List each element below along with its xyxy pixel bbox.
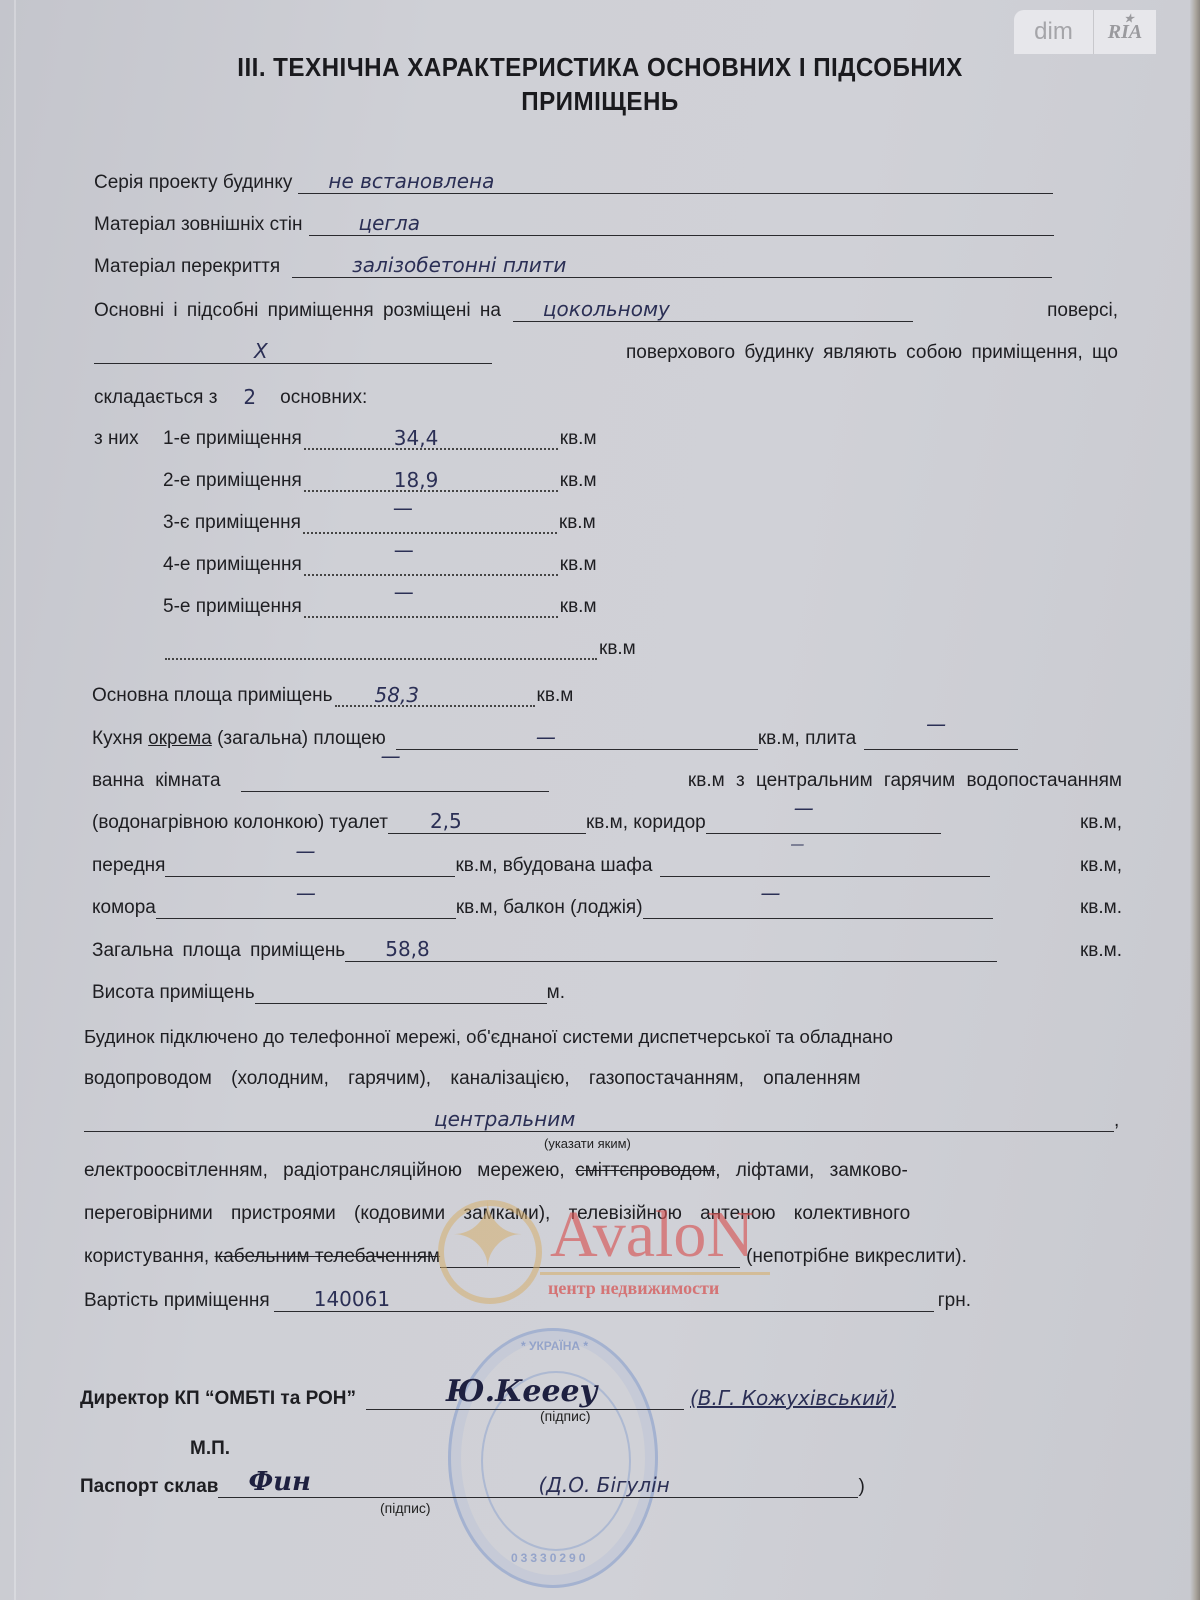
text: водопроводом (холодним, гарячим), каналі… [84,1068,861,1090]
handwritten-value: 34,4 [394,426,439,450]
value-line: центральним [84,1110,1114,1132]
dotted-line: — [304,558,558,576]
handwritten-value: залізобетонні плити [352,253,566,277]
field-storage-balcony: комора — кв.м, балкон (лоджія) — кв.м. [92,897,1122,919]
value-line: не встановлена [298,172,1053,194]
main-area-total: Основна площа приміщень 58,3 кв.м [92,685,573,707]
field-storeys: X поверхового будинку являють собою прим… [94,342,1118,364]
unit: кв.м [560,596,597,618]
value-line: цегла [309,214,1054,236]
text: Будинок підключено до телефонної мережі,… [84,1026,893,1048]
director-signature: Ю.Кеееу [446,1374,598,1409]
unit: кв.м [559,512,596,534]
unit: кв.м [560,428,597,450]
value-line: — [241,770,549,792]
label: (загальна) площею [217,728,386,750]
seal-label: М.П. [190,1438,230,1460]
unit: кв.м [560,554,597,576]
struck-text: сміттєпроводом [575,1160,715,1182]
signature-hint: (підпис) [540,1408,591,1424]
handwritten-value: — [394,538,414,562]
handwritten-value: — [393,496,413,520]
field-toilet-corridor: (водонагрівною колонкою) туалет 2,5 кв.м… [92,812,1122,834]
room-row: 1-е приміщення34,4кв.м [163,428,597,450]
label: складається з [94,387,217,409]
value-line: цокольному [513,300,913,322]
room-label: 1-е приміщення [163,428,302,450]
suffix: основних: [280,387,367,409]
value-line [255,982,547,1004]
signature-hint: (підпис) [380,1500,431,1516]
handwritten-value: 58,8 [385,937,430,961]
label: Загальна площа приміщень [92,940,345,962]
handwritten-value: 18,9 [394,468,439,492]
handwritten-value: 140061 [314,1287,390,1311]
handwritten-value: — [790,837,804,876]
value-line: — [156,897,456,919]
value-line: — [706,812,941,834]
value-line: — [165,855,455,877]
label: Матеріал перекриття [94,256,280,278]
text: користування, [84,1246,209,1268]
label: Матеріал зовнішніх стін [94,214,303,236]
label: кв.м, коридор [586,812,706,834]
field-hall-wardrobe: передня — кв.м, вбудована шафа — кв.м, [92,855,1122,877]
label: Вартість приміщення [84,1290,270,1312]
signature-line: Ю.Кеееу [366,1388,684,1410]
heating-hint: (указати яким) [544,1136,631,1151]
official-stamp: * УКРАЇНА * 03330290 [448,1328,658,1588]
dotted-line: — [304,600,558,618]
star-icon: ★ [1124,12,1134,25]
label: ванна кімната [92,770,221,792]
field-location: Основні і підсобні приміщення розміщені … [94,300,1118,322]
field-project-series: Серія проекту будинку не встановлена [94,172,1053,194]
text: , ліфтами, замково- [715,1160,908,1182]
label: передня [92,855,165,877]
unit: кв.м [560,470,597,492]
handwritten-value: цокольному [543,297,670,321]
handwritten-value: 58,3 [375,683,420,707]
label: Основні і підсобні приміщення розміщені … [94,300,501,322]
label: плита [805,728,856,750]
unit: м. [547,982,565,1004]
value-line: — [660,855,990,877]
label-underlined: окрема [148,728,212,750]
text: (непотрібне викреслити). [746,1246,967,1268]
room-row: 3-є приміщення—кв.м [163,512,596,534]
comma: , [1114,1110,1119,1132]
avalon-name: AvaloN [550,1202,754,1268]
handwritten-value: цегла [359,211,420,235]
handwritten-value: 2,5 [430,809,462,833]
stamp-code: 03330290 [511,1551,588,1565]
room-label: 3-є приміщення [163,512,301,534]
label: Кухня [92,728,143,750]
unit: кв.м. [1080,940,1122,962]
compiler-signature-row: Паспорт склав Фин (Д.О. Бігулін ) [80,1476,865,1498]
value-line: — [396,728,758,750]
field-kitchen: Кухня окрема (загальна) площею — кв.м, п… [92,728,1122,750]
handwritten-value: — [394,580,414,604]
struck-text: кабельним телебаченням [214,1246,440,1268]
handwritten-value: — [295,839,315,876]
unit: кв.м, [1080,812,1122,834]
paper-edge [1190,0,1200,1600]
room-label: 2-е приміщення [163,470,302,492]
room-row: 4-е приміщення—кв.м [163,554,597,576]
label: Серія проекту будинку [94,172,292,194]
compiler-label: Паспорт склав [80,1476,218,1498]
label: кв.м з центральним гарячим водопостачанн… [688,770,1122,792]
label: (водонагрівною колонкою) туалет [92,812,388,834]
label: Основна площа приміщень [92,685,333,707]
field-floor-material: Матеріал перекриття залізобетонні плити [94,256,1052,278]
handwritten-value: 2 [243,385,256,409]
compiler-signature: Фин [248,1467,311,1497]
value-line: залізобетонні плити [292,256,1052,278]
value-line: X [94,342,492,364]
director-label: Директор КП “ОМБТІ та РОН” [80,1388,356,1410]
text: електроосвітленням, радіотрансляційною м… [84,1160,565,1182]
director-signature-row: Директор КП “ОМБТІ та РОН” Ю.Кеееу (В.Г.… [80,1386,896,1410]
label: комора [92,897,156,919]
field-heating: центральним , [84,1110,1124,1132]
suffix: поверхового будинку являють собою приміщ… [626,342,1118,364]
seal-text: М.П. [190,1438,230,1460]
dimria-watermark: dim ★RIA [1014,10,1156,54]
field-height: Висота приміщень м. [92,982,565,1004]
director-name: (В.Г. Кожухівський) [690,1386,896,1410]
value-line: — [864,728,1018,750]
paper-crease [14,0,16,1600]
compass-star-icon: ✦ [450,1192,525,1282]
avalon-watermark: ✦ AvaloN центр недвижимости [430,1200,770,1310]
unit: кв.м [537,685,574,707]
dimria-dim-text: dim [1014,10,1094,54]
field-bathroom: ванна кімната — кв.м з центральним гаряч… [92,770,1122,792]
field-main-rooms: складається з 2 основних: [94,385,367,409]
document-page: dim ★RIA III. ТЕХНІЧНА ХАРАКТЕРИСТИКА ОС… [0,0,1200,1600]
handwritten-value: не встановлена [328,169,494,193]
dotted-line: 18,9 [304,474,558,492]
value-line: 58,8 [345,940,997,962]
handwritten-value: — [296,881,316,918]
room-row: 2-е приміщення18,9кв.м [163,470,597,492]
dotted-line [165,642,597,660]
divider [540,1272,770,1275]
label: Висота приміщень [92,982,255,1004]
rooms-prefix: з них [94,428,139,450]
handwritten-value: X [254,339,268,363]
field-total-area: Загальна площа приміщень 58,8 кв.м. [92,940,1122,962]
value-line: — [643,897,993,919]
handwritten-value: — [926,712,946,749]
dotted-line: 58,3 [335,689,535,707]
avalon-subtitle: центр недвижимости [548,1278,719,1299]
field-wall-material: Матеріал зовнішніх стін цегла [94,214,1054,236]
paren: ) [858,1476,864,1498]
room-label: 5-е приміщення [163,596,302,618]
handwritten-value: — [381,744,401,791]
value-line: 2,5 [388,812,586,834]
utilities-line-2: водопроводом (холодним, гарячим), каналі… [84,1068,1124,1090]
unit: кв.м, [1080,855,1122,877]
room-label: 4-е приміщення [163,554,302,576]
utilities-line-1: Будинок підключено до телефонної мережі,… [84,1026,1124,1048]
stamp-text: * УКРАЇНА * [521,1339,588,1353]
suffix: поверсі, [1047,300,1118,322]
section-title: III. ТЕХНІЧНА ХАРАКТЕРИСТИКА ОСНОВНИХ І … [135,50,1065,118]
label: кв.м, вбудована шафа [455,855,652,877]
handwritten-value: — [761,881,781,918]
compiler-name: (Д.О. Бігулін [538,1473,669,1497]
room-row: 5-е приміщення—кв.м [163,596,597,618]
handwritten-value: — [794,796,814,833]
handwritten-value: центральним [434,1107,575,1131]
room-row: кв.м [163,638,636,660]
dotted-line: — [303,516,557,534]
unit: кв.м, [758,728,800,750]
handwritten-value: — [536,725,556,749]
label: з них [94,428,139,450]
title-line-1: III. ТЕХНІЧНА ХАРАКТЕРИСТИКА ОСНОВНИХ І … [135,50,1065,84]
unit: кв.м. [1080,897,1122,919]
title-line-2: ПРИМІЩЕНЬ [135,84,1065,118]
label: кв.м, балкон (лоджія) [456,897,643,919]
dimria-ria-logo: ★RIA [1094,10,1156,54]
unit: грн. [938,1290,971,1312]
signature-line: Фин (Д.О. Бігулін [218,1476,858,1498]
unit: кв.м [599,638,636,660]
utilities-line-3: електроосвітленням, радіотрансляційною м… [84,1160,1124,1182]
dotted-line: 34,4 [304,432,558,450]
